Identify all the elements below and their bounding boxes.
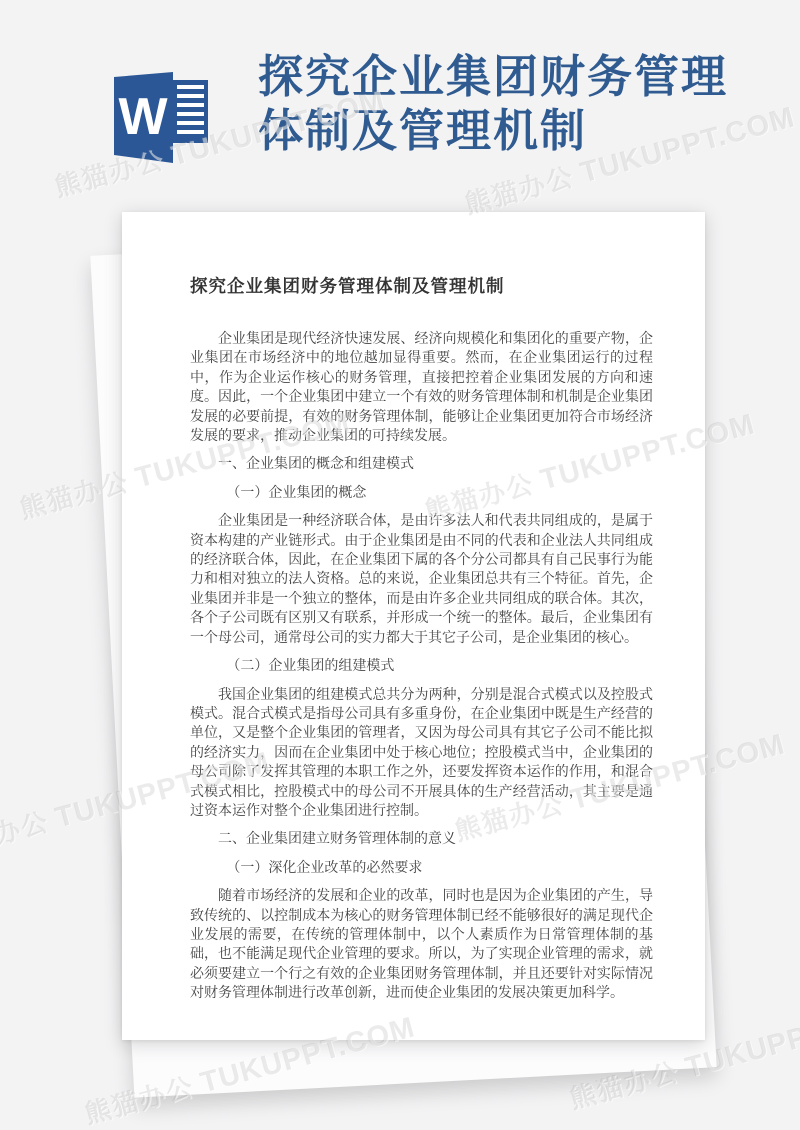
document-preview-page: { "header": { "title_line1": "探究企业集团财务管理… <box>0 0 800 1130</box>
word-icon: W <box>110 64 210 168</box>
word-icon-letter: W <box>118 88 168 146</box>
document-title: 探究企业集团财务管理体制及管理机制 <box>190 274 653 298</box>
page-title: 探究企业集团财务管理 体制及管理机制 <box>258 50 738 158</box>
doc-paragraph: 我国企业集团的组建模式总共分为两种，分别是混合式模式以及控股式模式。混合式模式是… <box>190 686 653 822</box>
doc-paragraph: 企业集团是一种经济联合体，是由许多法人和代表共同组成的，是属于资本构建的产业链形… <box>190 512 653 648</box>
page-title-line1: 探究企业集团财务管理 <box>258 50 738 104</box>
doc-paragraph: 随着市场经济的发展和企业的改革，同时也是因为企业集团的产生，导致传统的、以控制成… <box>190 887 653 1003</box>
doc-heading: （一）深化企业改革的必然要求 <box>190 859 653 878</box>
watermark-cn-text: 熊猫办公 <box>462 161 578 219</box>
doc-heading: 一、企业集团的概念和组建模式 <box>190 455 653 474</box>
doc-heading: （一）企业集团的概念 <box>190 484 653 503</box>
page-title-line2: 体制及管理机制 <box>258 104 738 158</box>
doc-heading: 二、企业集团建立财务管理体制的意义 <box>190 830 653 849</box>
doc-heading: （二）企业集团的组建模式 <box>190 657 653 676</box>
doc-paragraph: 企业集团是现代经济快速发展、经济向规模化和集团化的重要产物，企业集团在市场经济中… <box>190 330 653 446</box>
document-body: 企业集团是现代经济快速发展、经济向规模化和集团化的重要产物，企业集团在市场经济中… <box>190 330 653 1004</box>
watermark-cn-text: 熊猫办公 <box>0 806 52 864</box>
paper-sheet-front: 探究企业集团财务管理体制及管理机制 企业集团是现代经济快速发展、经济向规模化和集… <box>122 212 705 1040</box>
